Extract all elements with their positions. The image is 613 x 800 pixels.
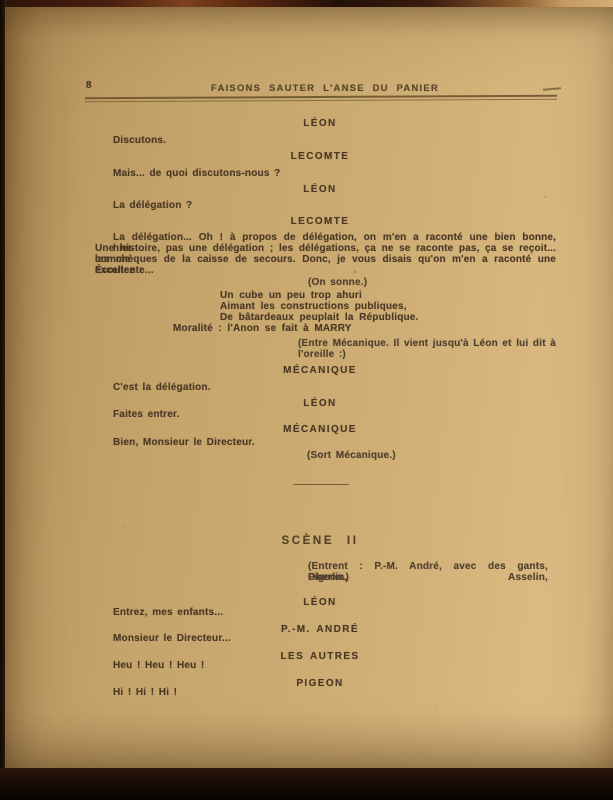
- stage-direction: Pigeon.): [308, 572, 349, 583]
- dialogue-line: Monsieur le Directeur...: [113, 633, 231, 644]
- dialogue-line: Heu ! Heu ! Heu !: [113, 660, 204, 671]
- stage-direction: (Sort Mécanique.): [307, 450, 396, 461]
- photo-backdrop: 8 FAISONS SAUTER L'ANSE DU PANIER LÉON D…: [0, 0, 613, 800]
- stage-direction: (Entre Mécanique. Il vient jusqu'à Léon …: [298, 338, 556, 349]
- stage-direction: l'oreille :): [298, 349, 346, 360]
- speaker-name: LÉON: [90, 398, 550, 409]
- dialogue-line: Mais... de quoi discutons-nous ?: [113, 168, 280, 179]
- verse-line: Aimant les constructions publiques,: [220, 301, 407, 312]
- speaker-name: MÉCANIQUE: [90, 424, 550, 435]
- speaker-name: LECOMTE: [90, 151, 550, 162]
- table-surface-bottom: [0, 768, 613, 800]
- speech-line: les chèques de la caisse de secours. Don…: [95, 254, 556, 276]
- dialogue-line: Hi ! Hi ! Hi !: [113, 687, 177, 698]
- stage-direction: (On sonne.): [308, 277, 367, 288]
- dialogue-line: C'est la délégation.: [113, 382, 211, 393]
- verse-line: Moralité : l'Anon se fait à MARRY: [173, 323, 352, 334]
- verse-line: De bâtardeaux peuplait la République.: [220, 312, 419, 323]
- dialogue-line: Entrez, mes enfants...: [113, 607, 223, 618]
- speech-line: Écoutez :: [95, 265, 143, 276]
- verse-line: Un cube un peu trop ahuri: [220, 290, 362, 301]
- dialogue-line: Discutons.: [113, 135, 166, 146]
- dialogue-line: Bien, Monsieur le Directeur.: [113, 437, 255, 448]
- speaker-name: LECOMTE: [90, 216, 550, 227]
- scene-heading: SCÈNE II: [90, 536, 550, 547]
- dialogue-line: La délégation ?: [113, 200, 192, 211]
- speaker-name: LÉON: [90, 118, 550, 129]
- section-divider: [293, 484, 349, 485]
- speaker-name: MÉCANIQUE: [90, 365, 550, 376]
- speaker-name: LÉON: [90, 184, 550, 195]
- dialogue-line: Faites entrer.: [113, 409, 180, 420]
- running-title: FAISONS SAUTER L'ANSE DU PANIER: [90, 83, 560, 94]
